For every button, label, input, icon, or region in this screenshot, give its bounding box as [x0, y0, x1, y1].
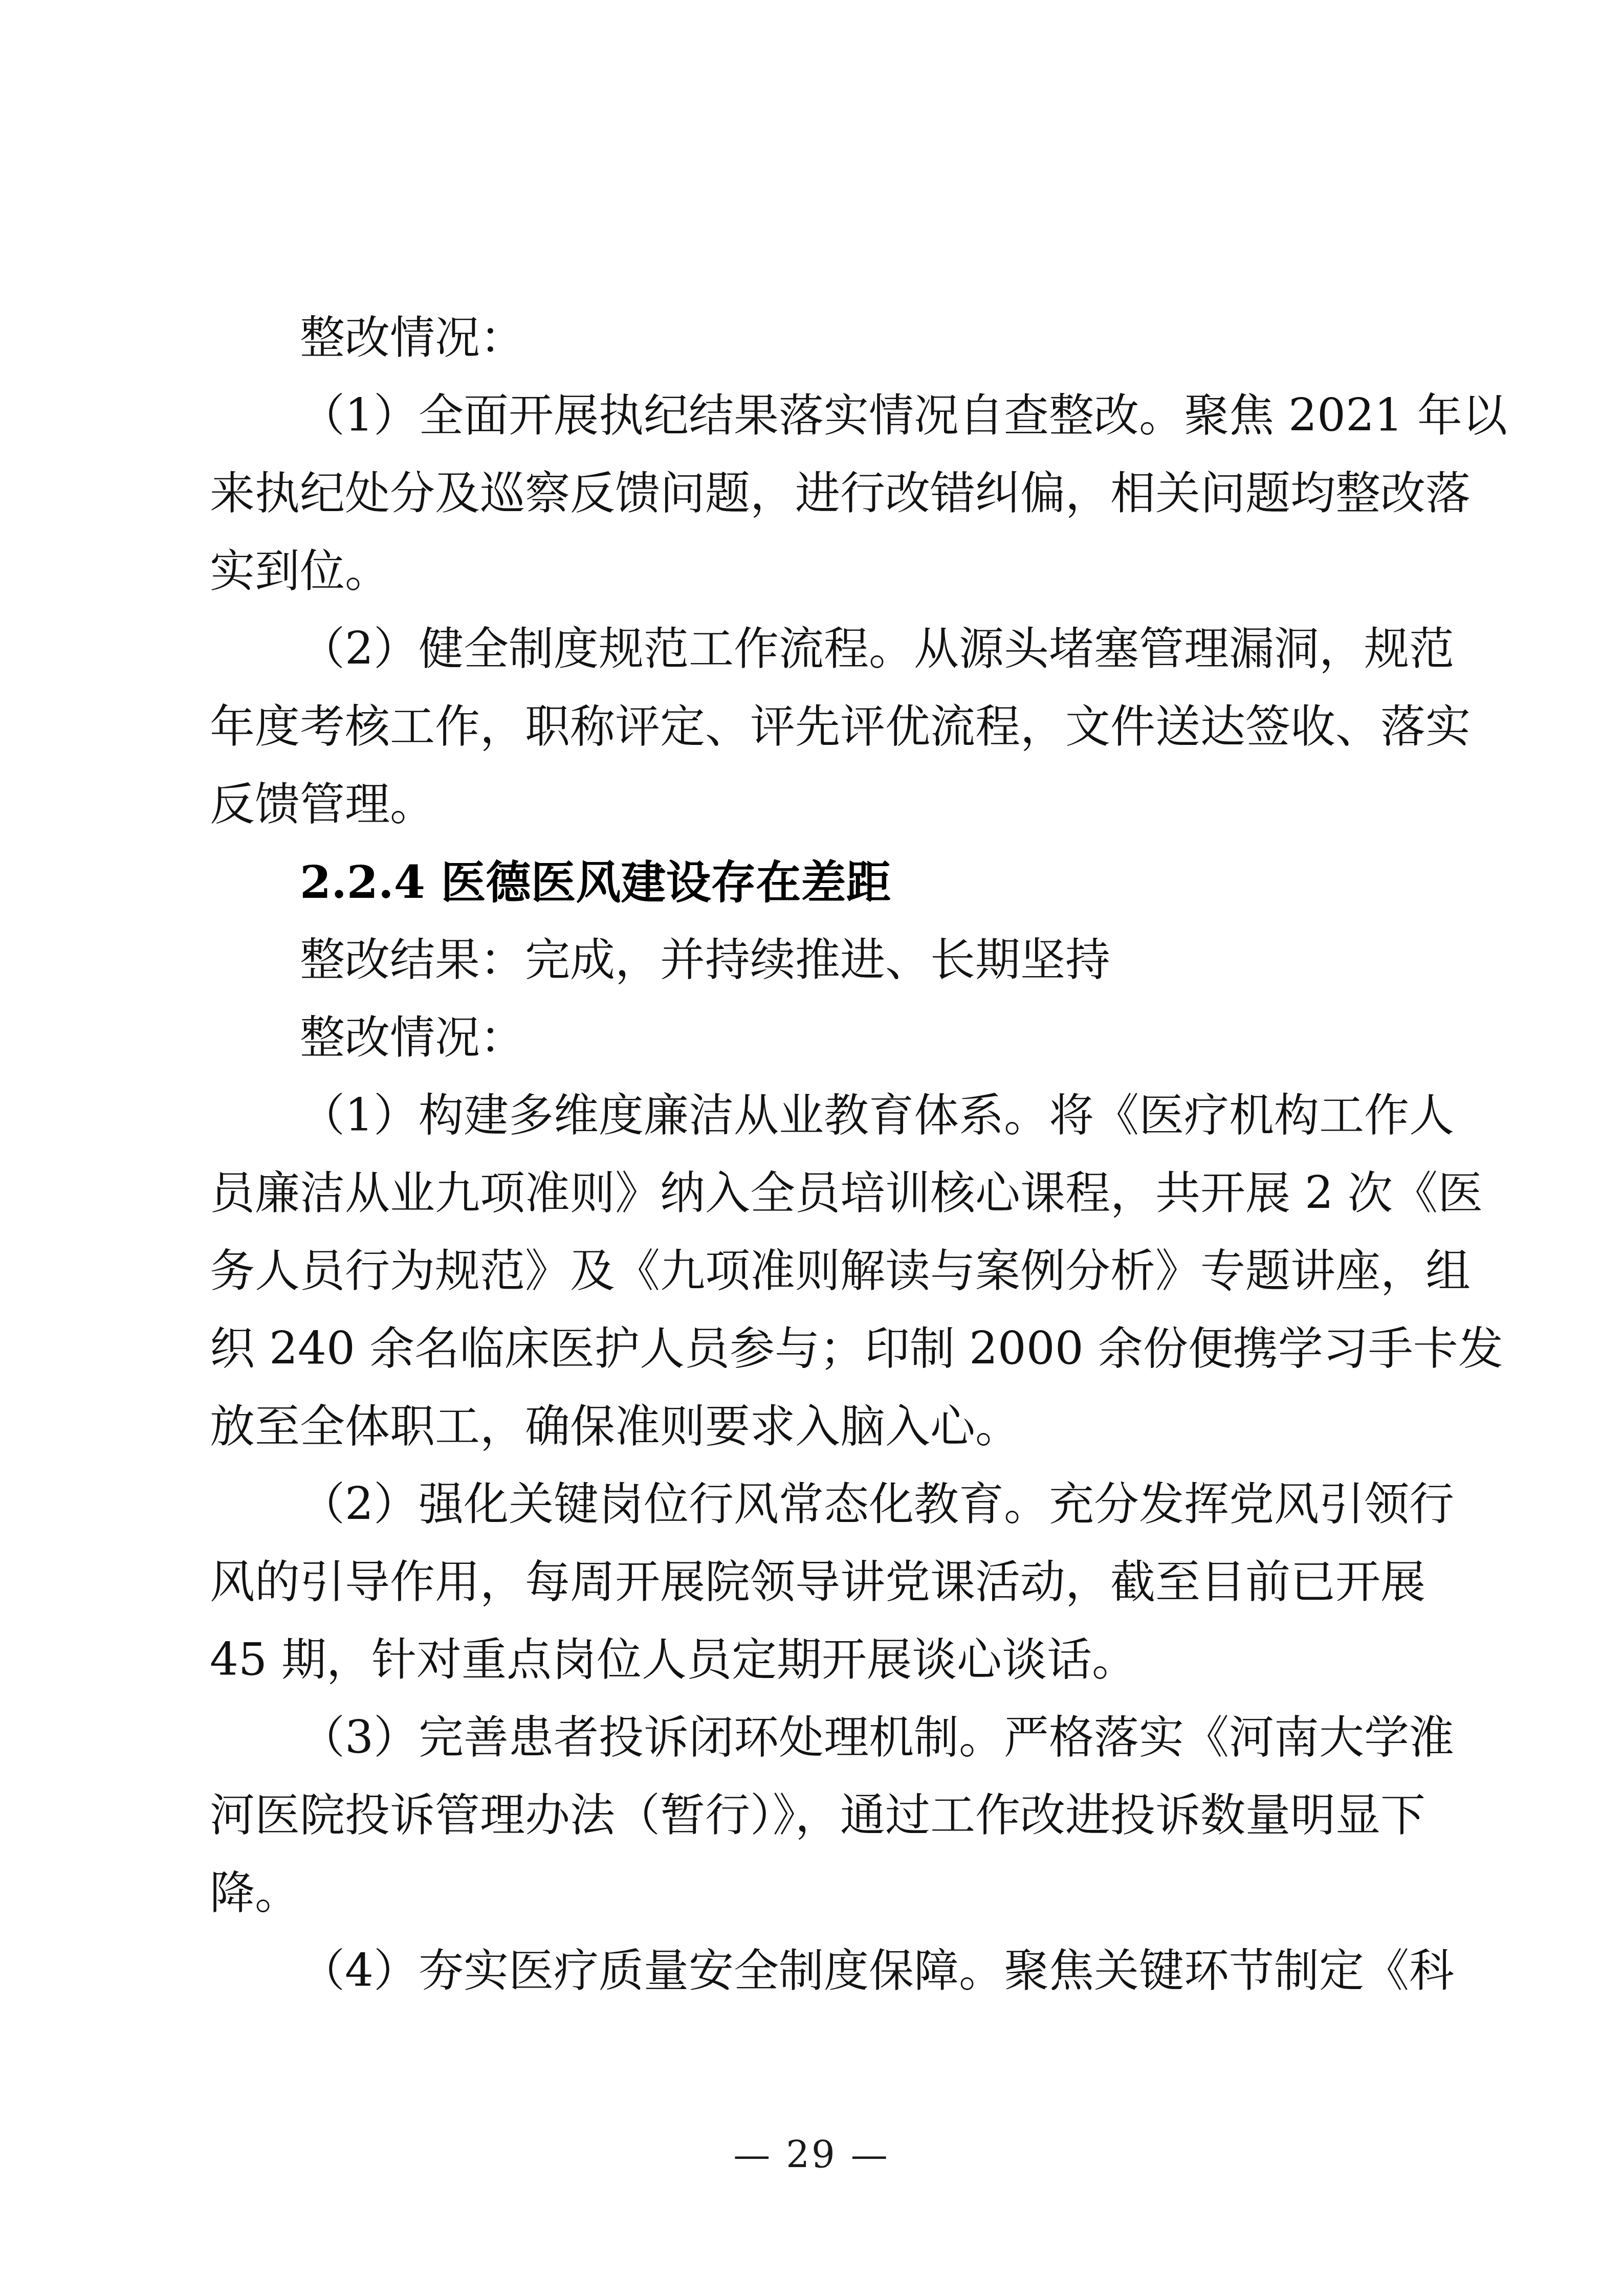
page-number: — 29 —	[0, 2124, 1623, 2185]
text-line: 务人员行为规范》及《九项准则解读与案例分析》专题讲座，组	[210, 1232, 1428, 1310]
text-line: 员廉洁从业九项准则》纳入全员培训核心课程，共开展 2 次《医	[210, 1154, 1428, 1232]
document-page: 整改情况： （1）全面开展执纪结果落实情况自查整改。聚焦 2021 年以 来执纪…	[0, 0, 1623, 2296]
text-line: （1）全面开展执纪结果落实情况自查整改。聚焦 2021 年以	[210, 377, 1428, 454]
text-line: 反馈管理。	[210, 765, 1428, 843]
section-heading: 2.2.4 医德医风建设存在差距	[210, 843, 1428, 921]
text-line: （4）夯实医疗质量安全制度保障。聚焦关键环节制定《科	[210, 1932, 1428, 2010]
text-line: 年度考核工作，职称评定、评先评优流程，文件送达签收、落实	[210, 688, 1428, 765]
text-line: （2）强化关键岗位行风常态化教育。充分发挥党风引领行	[210, 1465, 1428, 1543]
text-line: 实到位。	[210, 532, 1428, 610]
text-line: （2）健全制度规范工作流程。从源头堵塞管理漏洞，规范	[210, 610, 1428, 688]
text-line: 整改结果：完成，并持续推进、长期坚持	[210, 921, 1428, 999]
text-line: （3）完善患者投诉闭环处理机制。严格落实《河南大学淮	[210, 1698, 1428, 1776]
text-line: 放至全体职工，确保准则要求入脑入心。	[210, 1387, 1428, 1465]
text-line: 降。	[210, 1854, 1428, 1932]
text-line: 河医院投诉管理办法（暂行）》，通过工作改进投诉数量明显下	[210, 1776, 1428, 1854]
text-line: 整改情况：	[210, 299, 1428, 377]
text-line: 45 期，针对重点岗位人员定期开展谈心谈话。	[210, 1621, 1428, 1698]
document-body: 整改情况： （1）全面开展执纪结果落实情况自查整改。聚焦 2021 年以 来执纪…	[210, 299, 1428, 2010]
text-line: （1）构建多维度廉洁从业教育体系。将《医疗机构工作人	[210, 1076, 1428, 1154]
text-line: 织 240 余名临床医护人员参与；印制 2000 余份便携学习手卡发	[210, 1310, 1428, 1387]
text-line: 整改情况：	[210, 999, 1428, 1076]
text-line: 来执纪处分及巡察反馈问题，进行改错纠偏，相关问题均整改落	[210, 454, 1428, 532]
text-line: 风的引导作用，每周开展院领导讲党课活动，截至目前已开展	[210, 1543, 1428, 1621]
